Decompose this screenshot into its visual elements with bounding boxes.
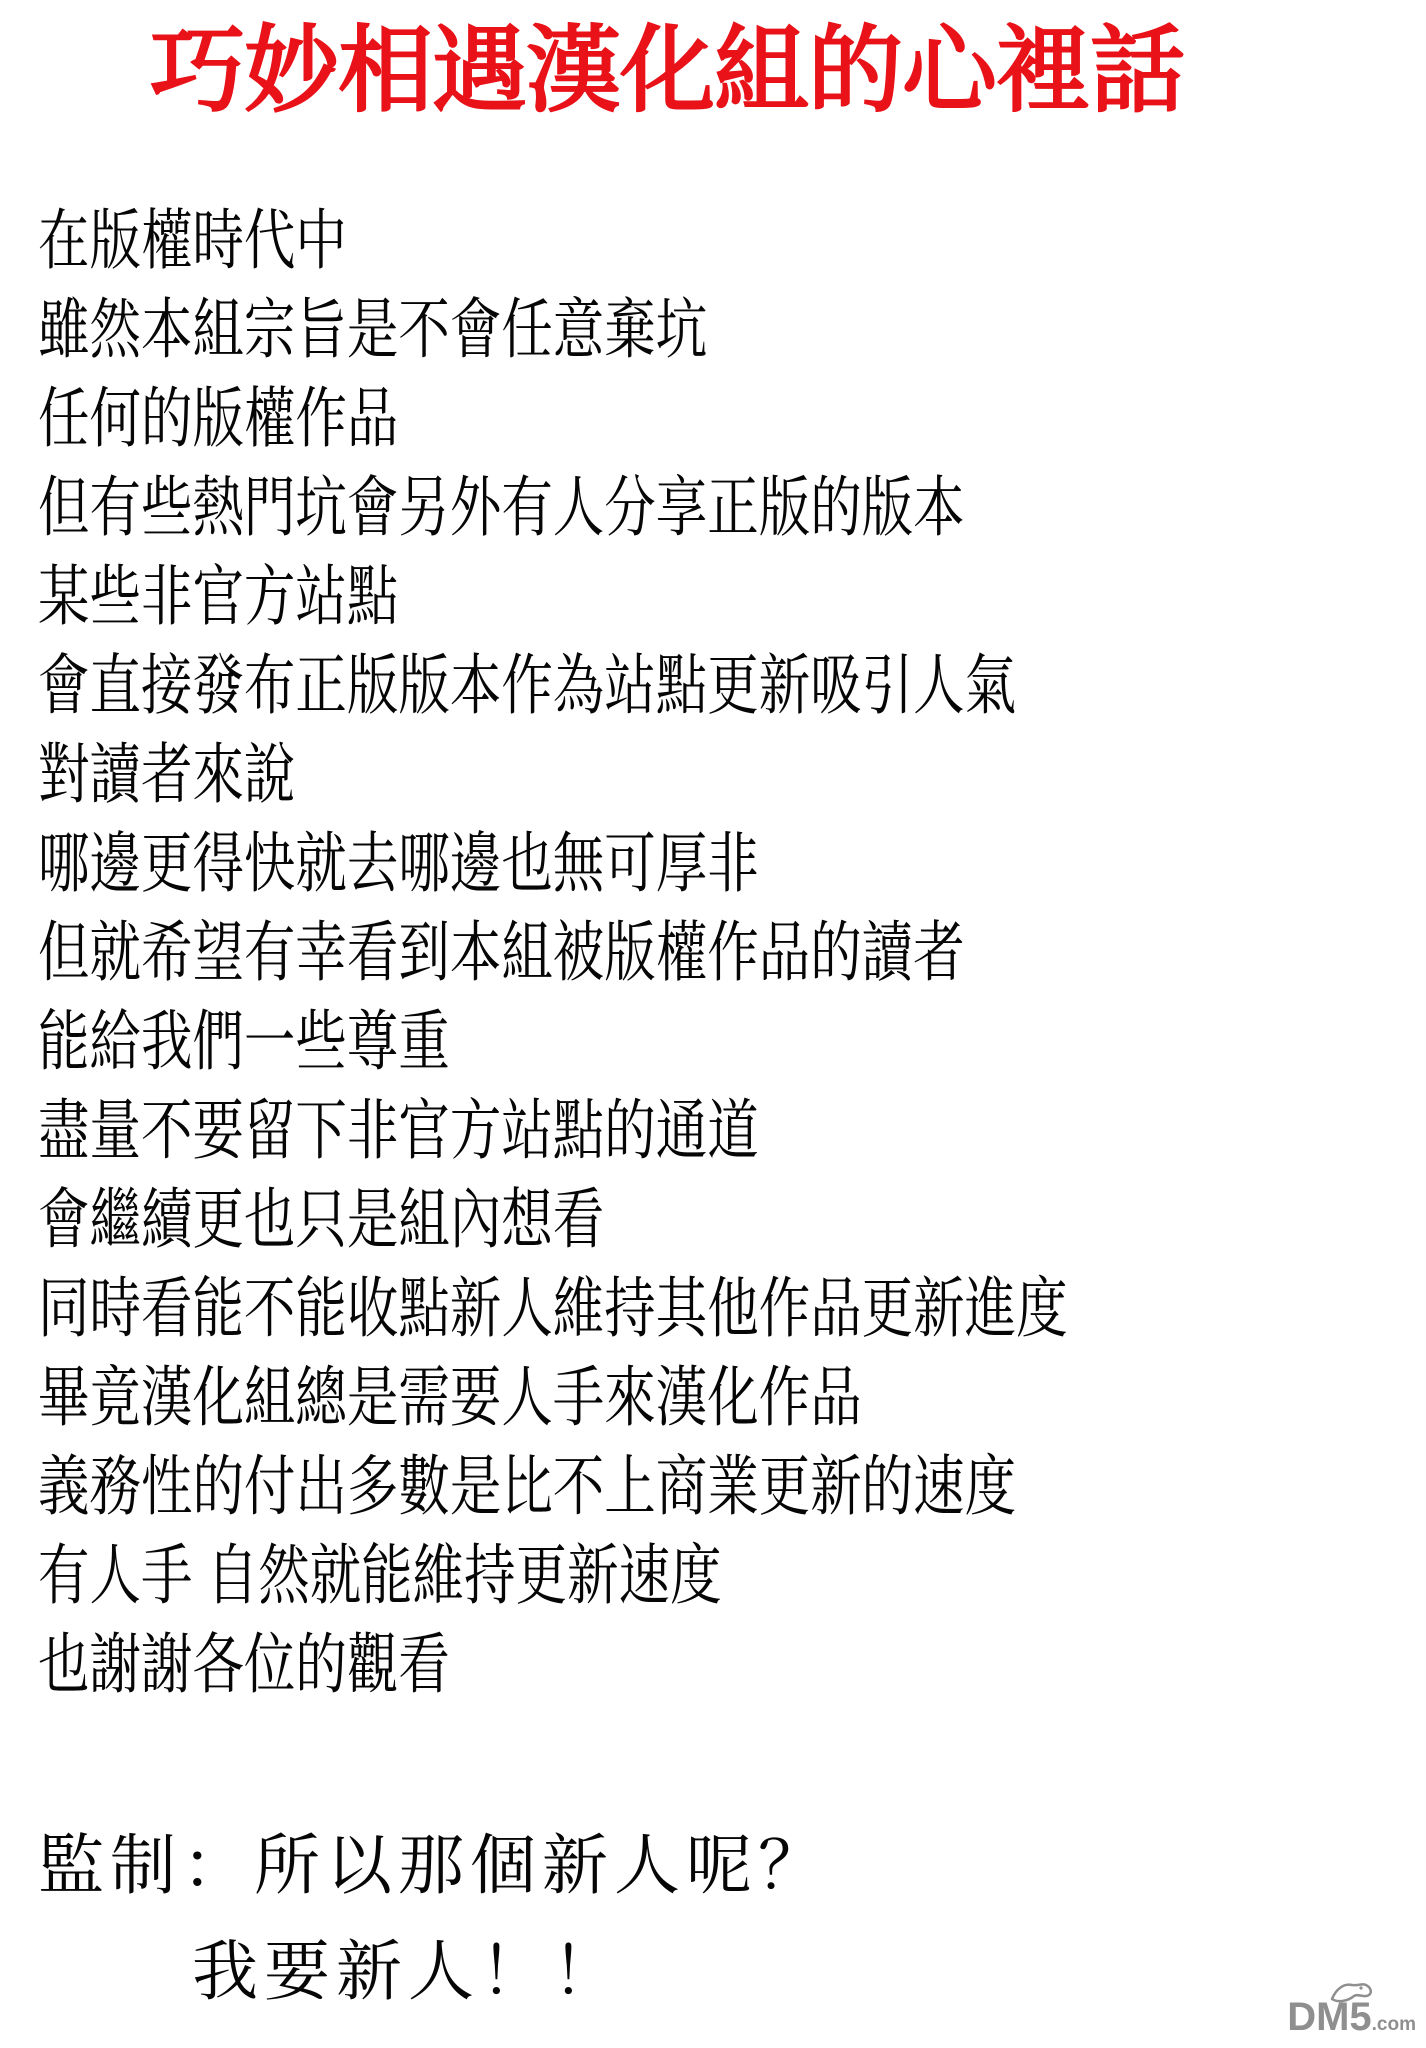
body-text-line: 但就希望有幸看到本組被版權作品的讀者 [38, 908, 1068, 997]
body-text-line: 但有些熱門坑會另外有人分享正版的版本 [38, 463, 1068, 552]
body-text-line: 有人手 自然就能維持更新速度 [38, 1531, 1068, 1620]
body-text-line: 能給我們一些尊重 [38, 997, 1068, 1086]
dm5-suffix-text: .com [1372, 2014, 1416, 2035]
body-text-block: 在版權時代中 雖然本組宗旨是不會任意棄坑 任何的版權作品 但有些熱門坑會另外有人… [38, 196, 1358, 1709]
manga-notice-page: 巧妙相遇漢化組的心裡話 在版權時代中 雖然本組宗旨是不會任意棄坑 任何的版權作品… [0, 0, 1426, 2048]
body-text-line: 在版權時代中 [38, 196, 1068, 285]
body-text-line: 會繼續更也只是組內想看 [38, 1175, 1068, 1264]
dm5-mascot-icon [1328, 1979, 1374, 2003]
body-text-line: 會直接發布正版版本作為站點更新吸引人氣 [38, 641, 1068, 730]
body-text-line: 也謝謝各位的觀看 [38, 1620, 1068, 1709]
producer-comment-line: 監制：所以那個新人呢？ [38, 1812, 830, 1918]
body-text-line: 哪邊更得快就去哪邊也無可厚非 [38, 819, 1068, 908]
demand-line: 我要新人！！ [38, 1918, 830, 2024]
body-text-line: 盡量不要留下非官方站點的通道 [38, 1086, 1068, 1175]
body-text-line: 義務性的付出多數是比不上商業更新的速度 [38, 1442, 1068, 1531]
body-text-line: 畢竟漢化組總是需要人手來漢化作品 [38, 1353, 1068, 1442]
body-text-line: 同時看能不能收點新人維持其他作品更新進度 [38, 1264, 1068, 1353]
body-text-line: 某些非官方站點 [38, 552, 1068, 641]
body-text-line: 對讀者來說 [38, 730, 1068, 819]
page-title: 巧妙相遇漢化組的心裡話 [150, 14, 1184, 128]
dm5-watermark: DM5.com [1287, 1995, 1416, 2040]
body-text-line: 雖然本組宗旨是不會任意棄坑 [38, 285, 1068, 374]
body-text-line: 任何的版權作品 [38, 374, 1068, 463]
footer-note: 監制：所以那個新人呢？ 我要新人！！ [38, 1812, 830, 2024]
